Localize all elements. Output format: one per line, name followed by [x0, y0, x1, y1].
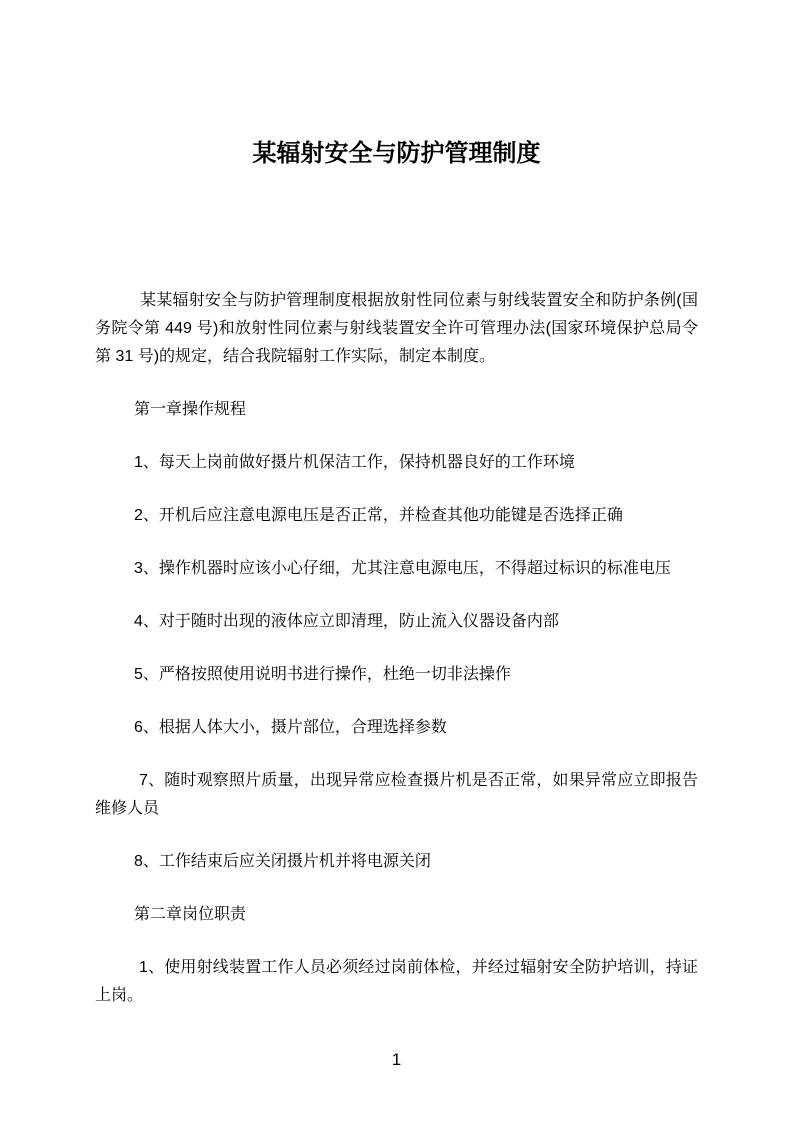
chapter-1-item-1: 1、每天上岗前做好摄片机保洁工作，保持机器良好的工作环境 — [95, 449, 698, 477]
chapter-1-item-4: 4、对于随时出现的液体应立即清理，防止流入仪器设备内部 — [95, 608, 698, 636]
document-title: 某辐射安全与防护管理制度 — [95, 0, 698, 171]
document-page: 某辐射安全与防护管理制度 某某辐射安全与防护管理制度根据放射性同位素与射线装置安… — [0, 0, 793, 1122]
chapter-1-item-2: 2、开机后应注意电源电压是否正常，并检查其他功能键是否选择正确 — [95, 502, 698, 530]
chapter-2-item-1: 1、使用射线装置工作人员必须经过岗前体检，并经过辐射安全防护培训，持证上岗。 — [95, 954, 698, 1010]
intro-paragraph: 某某辐射安全与防护管理制度根据放射性同位素与射线装置安全和防护条例(国务院令第 … — [95, 287, 698, 371]
chapter-1-item-5: 5、严格按照使用说明书进行操作，杜绝一切非法操作 — [95, 661, 698, 689]
page-number: 1 — [0, 1046, 793, 1074]
chapter-1-heading: 第一章操作规程 — [95, 396, 698, 424]
chapter-2-heading: 第二章岗位职责 — [95, 901, 698, 929]
chapter-1-item-6: 6、根据人体大小，摄片部位，合理选择参数 — [95, 714, 698, 742]
chapter-1-item-3: 3、操作机器时应该小心仔细，尤其注意电源电压，不得超过标识的标准电压 — [95, 555, 698, 583]
chapter-1-item-7: 7、随时观察照片质量，出现异常应检查摄片机是否正常，如果异常应立即报告维修人员 — [95, 767, 698, 823]
chapter-1-item-8: 8、工作结束后应关闭摄片机并将电源关闭 — [95, 848, 698, 876]
